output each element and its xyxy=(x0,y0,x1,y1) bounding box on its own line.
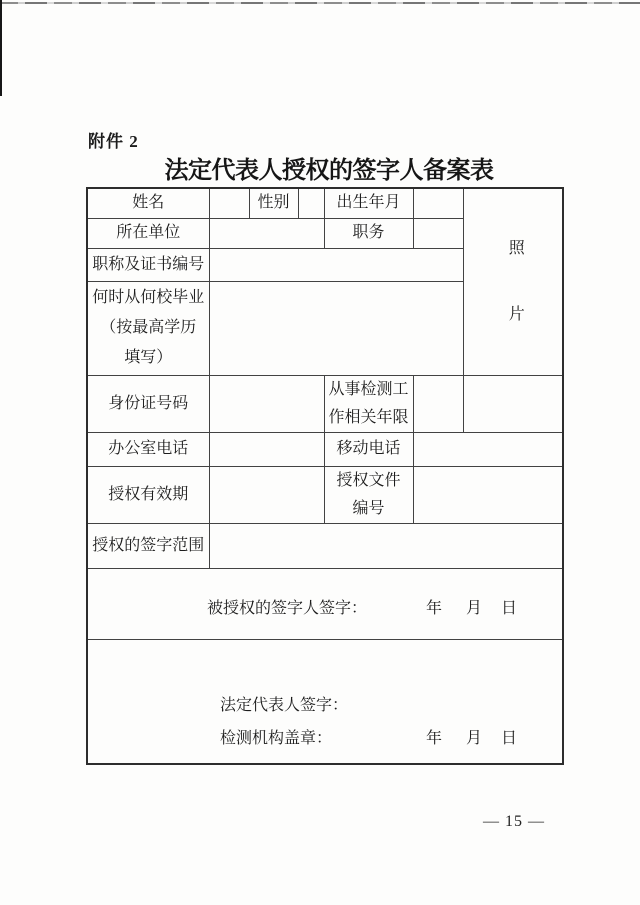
position-label: 职务 xyxy=(324,218,413,248)
graduation-label-line1: 何时从何校毕业 xyxy=(88,283,209,313)
row-scope: 授权的签字范围 xyxy=(87,523,563,568)
title-cert-value-cell xyxy=(209,248,463,281)
row-name: 姓名 性别 出生年月 照 片 xyxy=(87,188,563,218)
mobile-phone-value-cell xyxy=(413,432,563,466)
title-cert-label: 职称及证书编号 xyxy=(87,248,209,281)
scan-artifact-left-edge xyxy=(0,0,2,96)
mobile-phone-label: 移动电话 xyxy=(324,432,413,466)
name-value-cell xyxy=(209,188,249,218)
photo-placeholder: 照 片 xyxy=(464,190,563,373)
validity-label: 授权有效期 xyxy=(87,466,209,523)
scanned-page: 附件 2 法定代表人授权的签字人备案表 姓名 性别 出生年月 照 片 所在单位 xyxy=(0,0,640,905)
signatory-signature-cell: 被授权的签字人签字： 年 月 日 xyxy=(87,568,563,639)
office-phone-value-cell xyxy=(209,432,324,466)
page-number: — 15 — xyxy=(483,813,545,831)
graduation-label-line3: 填写） xyxy=(88,343,209,373)
row-id-number: 身份证号码 从事检测工 作相关年限 xyxy=(87,375,563,432)
scan-artifact-top-edge xyxy=(0,2,640,4)
org-seal-label: 检测机构盖章： xyxy=(220,726,332,752)
row-signatory-signature: 被授权的签字人签字： 年 月 日 xyxy=(87,568,563,639)
experience-label-line2: 作相关年限 xyxy=(325,404,413,432)
gender-value-cell xyxy=(298,188,324,218)
experience-value-cell xyxy=(413,375,463,432)
day-label: 日 xyxy=(501,726,517,752)
legal-rep-signature-label: 法定代表人签字： xyxy=(220,693,348,719)
auth-doc-label-line1: 授权文件 xyxy=(325,467,413,495)
experience-label: 从事检测工 作相关年限 xyxy=(324,375,413,432)
unit-label: 所在单位 xyxy=(87,218,209,248)
year-label: 年 xyxy=(426,726,442,752)
experience-label-line1: 从事检测工 xyxy=(325,376,413,404)
form-title: 法定代表人授权的签字人备案表 xyxy=(86,150,562,185)
photo-side-blank-cell xyxy=(463,375,563,432)
graduation-value-cell xyxy=(209,281,463,375)
graduation-label: 何时从何校毕业 （按最高学历 填写） xyxy=(87,281,209,375)
legal-rep-signature-cell: 法定代表人签字： 检测机构盖章： 年 月 日 xyxy=(87,639,563,764)
auth-doc-label: 授权文件 编号 xyxy=(324,466,413,523)
photo-cell: 照 片 xyxy=(463,188,563,375)
legal-rep-signature-block: 法定代表人签字： 检测机构盖章： 年 月 日 xyxy=(88,640,562,763)
registration-form-table: 姓名 性别 出生年月 照 片 所在单位 职务 职称及证书编号 xyxy=(86,187,564,765)
scope-label: 授权的签字范围 xyxy=(87,523,209,568)
day-label: 日 xyxy=(501,596,517,622)
row-office-phone: 办公室电话 移动电话 xyxy=(87,432,563,466)
year-label: 年 xyxy=(426,596,442,622)
validity-value-cell xyxy=(209,466,324,523)
photo-label-char-1: 照 xyxy=(509,236,525,262)
signatory-signature-label: 被授权的签字人签字： xyxy=(207,596,367,622)
gender-label: 性别 xyxy=(249,188,298,218)
signatory-signature-block: 被授权的签字人签字： 年 月 日 xyxy=(88,569,562,638)
month-label: 月 xyxy=(466,726,482,752)
auth-doc-label-line2: 编号 xyxy=(325,495,413,523)
id-number-value-cell xyxy=(209,375,324,432)
month-label: 月 xyxy=(466,596,482,622)
unit-value-cell xyxy=(209,218,324,248)
scope-value-cell xyxy=(209,523,563,568)
row-validity: 授权有效期 授权文件 编号 xyxy=(87,466,563,523)
row-legal-rep-signature: 法定代表人签字： 检测机构盖章： 年 月 日 xyxy=(87,639,563,764)
name-label: 姓名 xyxy=(87,188,209,218)
office-phone-label: 办公室电话 xyxy=(87,432,209,466)
birth-label: 出生年月 xyxy=(324,188,413,218)
id-number-label: 身份证号码 xyxy=(87,375,209,432)
auth-doc-value-cell xyxy=(413,466,563,523)
birth-value-cell xyxy=(413,188,463,218)
graduation-label-line2: （按最高学历 xyxy=(88,313,209,343)
photo-label-char-2: 片 xyxy=(509,302,525,328)
attachment-label: 附件 2 xyxy=(88,127,139,152)
position-value-cell xyxy=(413,218,463,248)
